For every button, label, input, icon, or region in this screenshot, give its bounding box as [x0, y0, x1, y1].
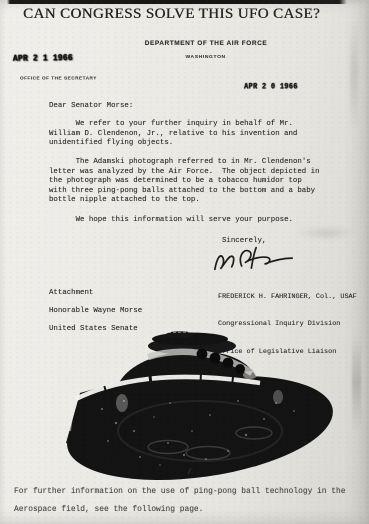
letter-date-stamp: APR 2 0 1966: [244, 83, 298, 92]
signer-name: FREDERICK H. FAHRINGER, Col., USAF: [218, 293, 357, 302]
letter-paragraph-3: We hope this information will serve your…: [49, 216, 293, 226]
letterhead-department: DEPARTMENT OF THE AIR FORCE: [120, 40, 292, 47]
scanned-letter-page: CAN CONGRESS SOLVE THIS UFO CASE? DEPART…: [0, 0, 369, 524]
signer-division: Congressional Inquiry Division: [218, 320, 357, 329]
salutation: Dear Senator Morse:: [49, 102, 133, 112]
ufo-photo: [50, 331, 346, 481]
scan-edge-bar: [0, 0, 369, 4]
masthead-headline: CAN CONGRESS SOLVE THIS UFO CASE?: [0, 6, 356, 23]
addressee-name: Honorable Wayne Morse: [49, 307, 142, 317]
attachment-note: Attachment: [49, 289, 93, 299]
signature-script-icon: [211, 244, 295, 272]
letterhead-city-label: WASHINGTON: [186, 54, 226, 60]
letter-paragraph-1: We refer to your further inquiry in beha…: [49, 120, 297, 149]
footer-note: For further information on the use of pi…: [14, 483, 345, 518]
ufo-saucer-illustration: [50, 331, 346, 481]
office-of-secretary-stamp: OFFICE OF THE SECRETARY: [20, 71, 174, 89]
scan-streak: [350, 20, 358, 130]
letterhead-city: WASHINGTON: [120, 49, 292, 67]
scan-smudge: [296, 226, 356, 240]
letter-paragraph-2: The Adamski photograph referred to in Mr…: [49, 158, 320, 206]
received-date-stamp: APR 2 1 1966: [13, 54, 73, 64]
office-of-secretary-label: OFFICE OF THE SECRETARY: [20, 75, 97, 81]
